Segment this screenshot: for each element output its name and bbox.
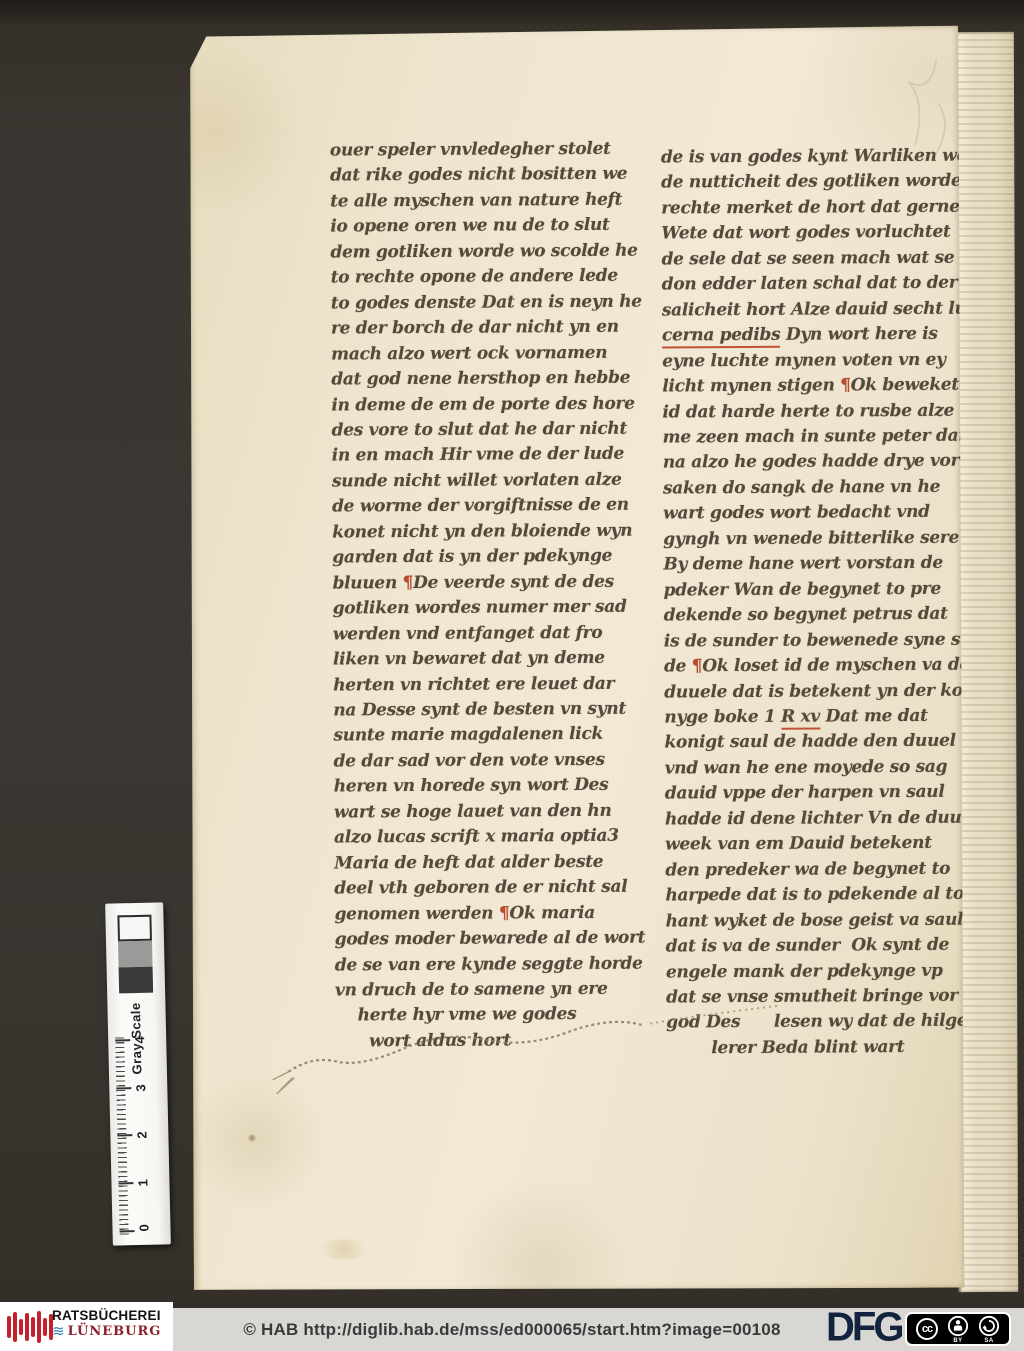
manuscript-line: in deme de em de porte des hore xyxy=(331,391,646,418)
manuscript-line: duuele dat is betekent yn der ko xyxy=(664,678,984,705)
manuscript-line: in en mach Hir vme de der lude xyxy=(332,442,647,469)
ruler-tick xyxy=(116,1087,131,1089)
ruler-number: 2 xyxy=(134,1128,148,1142)
cc-sa-icon: SA xyxy=(978,1315,1000,1344)
ruler-tick xyxy=(120,1230,135,1232)
ruler-tick xyxy=(117,1134,132,1136)
cc-icon: cc xyxy=(916,1318,938,1340)
manuscript-line: pdeker Wan de begynet to pre xyxy=(664,576,984,603)
manuscript-line: engele mank der pdekynge vp xyxy=(666,958,986,985)
manuscript-line: hadde id dene lichter Vn de duuel xyxy=(665,805,985,832)
manuscript-line: By deme hane wert vorstan de xyxy=(663,551,983,578)
library-bars-icon xyxy=(7,1310,53,1344)
manuscript-line: dat rike godes nicht bositten we xyxy=(330,162,645,189)
manuscript-line: to godes denste Dat en is neyn he xyxy=(331,289,646,316)
cc-license-badge: cc BY SA xyxy=(905,1312,1011,1346)
manuscript-line: week van em Dauid betekent xyxy=(665,831,985,858)
manuscript-line: harpede dat is to pdekende al to xyxy=(665,882,985,909)
manuscript-line: salicheit hort Alze dauid secht lu xyxy=(662,296,982,323)
manuscript-line: liken vn bewaret dat yn deme xyxy=(333,646,648,673)
manuscript-line: des vore to slut dat he dar nicht xyxy=(332,417,647,444)
manuscript-line: deel vth geboren de er nicht sal xyxy=(334,875,649,902)
manuscript-line: de is van godes kynt Warliken we xyxy=(661,144,981,171)
manuscript-line: id dat harde herte to rusbe alze xyxy=(662,398,982,425)
ruler-tick xyxy=(118,1182,133,1184)
library-name: RATSBÜCHEREI ≋ LÜNEBURG xyxy=(52,1308,161,1339)
manuscript-line: rechte merket de hort dat gerne xyxy=(661,194,981,221)
manuscript-line: wart se hoge lauet van den hn xyxy=(334,798,649,825)
manuscript-line: na alzo he godes hadde drye vor xyxy=(663,449,983,476)
library-logo: RATSBÜCHEREI ≋ LÜNEBURG xyxy=(0,1302,173,1351)
ruler-white-patch xyxy=(117,915,152,942)
manuscript-line: eyne luchte mynen voten vn ey xyxy=(662,347,982,374)
cc-sa-label: SA xyxy=(984,1338,993,1344)
manuscript-line: te alle myschen van nature heft xyxy=(330,187,645,214)
manuscript-line: herten vn richtet ere leuet dar xyxy=(333,671,648,698)
manuscript-line: Maria de heft dat alder beste xyxy=(334,849,649,876)
manuscript-line: herte hyr vme we godes xyxy=(335,1002,650,1029)
manuscript-line: licht mynen stigen ¶Ok beweket xyxy=(662,373,982,400)
manuscript-line: me zeen mach in sunte peter dar xyxy=(663,423,983,450)
manuscript-line: io opene oren we nu de to slut xyxy=(330,213,645,240)
manuscript-line: Wete dat wort godes vorluchtet xyxy=(661,220,981,247)
ruler-mm-ticks xyxy=(115,1037,129,1237)
manuscript-line: konet nicht yn den bloiende wyn xyxy=(332,518,647,545)
manuscript-line: god Des lesen wy dat de hilge xyxy=(666,1009,986,1036)
manuscript-line: cerna pedibs Dyn wort here is xyxy=(662,322,982,349)
manuscript-line: werden vnd entfanget dat fro xyxy=(333,620,648,647)
manuscript-page: ouer speler vnvledegher stoletdat rike g… xyxy=(186,26,966,1293)
footer-bar: © HAB http://diglib.hab.de/mss/ed000065/… xyxy=(0,1308,1024,1351)
ruler-number: 0 xyxy=(136,1221,150,1235)
ruler-number: 3 xyxy=(133,1081,147,1095)
manuscript-line: dauid vppe der harpen vn saul xyxy=(665,780,985,807)
manuscript-line: to rechte opone de andere lede xyxy=(331,264,646,291)
manuscript-line: garden dat is yn der pdekynge xyxy=(332,544,647,571)
manuscript-line: dat is va de sunder Ok synt de xyxy=(666,933,986,960)
manuscript-line: den predeker wa de begynet to xyxy=(665,856,985,883)
manuscript-line: dat god nene hersthop en hebbe xyxy=(331,366,646,393)
manuscript-line: godes moder bewarede al de wort xyxy=(335,926,650,953)
manuscript-line: sunde nicht willet vorlaten alze xyxy=(332,467,647,494)
cc-by-label: BY xyxy=(953,1338,962,1344)
book-waves-icon: ≋ xyxy=(52,1326,65,1338)
manuscript-line: lerer Beda blint wart xyxy=(666,1034,986,1061)
manuscript-right-column: de is van godes kynt Warliken wede nutti… xyxy=(661,144,987,1062)
digitized-manuscript-photo: ouer speler vnvledegher stoletdat rike g… xyxy=(0,0,1024,1351)
library-name-line2: LÜNEBURG xyxy=(68,1324,162,1339)
manuscript-line: de nutticheit des gotliken wordes xyxy=(661,169,981,196)
ruler-tick xyxy=(115,1039,130,1041)
manuscript-line: de ¶Ok loset id de myschen va de xyxy=(664,653,984,680)
manuscript-line: wart godes wort bedacht vnd xyxy=(663,500,983,527)
manuscript-line: de worme der vorgiftnisse de en xyxy=(332,493,647,520)
ruler-gray-patch xyxy=(118,941,153,968)
manuscript-line: re der borch de dar nicht yn en xyxy=(331,315,646,342)
manuscript-line: mach alzo wert ock vornamen xyxy=(331,340,646,367)
manuscript-line: vnd wan he ene moyede so sag xyxy=(665,754,985,781)
manuscript-line: hant wyket de bose geist va saul xyxy=(666,907,986,934)
manuscript-line: konigt saul de hadde den duuel xyxy=(664,729,984,756)
manuscript-line: dat se vnse smutheit bringe vor xyxy=(666,983,986,1010)
manuscript-line: wort aldus hort xyxy=(335,1027,650,1054)
ruler-number: 4 xyxy=(132,1033,146,1047)
manuscript-line: saken do sangk de hane vn he xyxy=(663,474,983,501)
manuscript-line: dem gotliken worde wo scolde he xyxy=(330,238,645,265)
parchment-stain xyxy=(314,1239,374,1259)
gray-scale-ruler: Gray Scale 4 3 2 1 0 xyxy=(105,902,171,1245)
manuscript-line: is de sunder to bewenede syne su xyxy=(664,627,984,654)
manuscript-left-column: ouer speler vnvledegher stoletdat rike g… xyxy=(330,137,651,1055)
parchment-stain xyxy=(247,1134,257,1142)
manuscript-line: na Desse synt de besten vn synt xyxy=(333,697,648,724)
library-name-line1: RATSBÜCHEREI xyxy=(52,1308,161,1323)
dfg-logo: DFG xyxy=(826,1305,901,1351)
manuscript-line: alzo lucas scrift x maria optia3 xyxy=(334,824,649,851)
manuscript-line: de se van ere kynde seggte horde xyxy=(335,951,650,978)
ruler-dark-patch xyxy=(119,967,154,994)
manuscript-line: heren vn horede syn wort Des xyxy=(334,773,649,800)
ruler-number: 1 xyxy=(135,1176,149,1190)
manuscript-line: gotliken wordes numer mer sad xyxy=(333,595,648,622)
book-fore-edge xyxy=(954,32,1018,1292)
manuscript-line: de sele dat se seen mach wat se xyxy=(661,245,981,272)
manuscript-line: nyge boke 1 R xv Dat me dat xyxy=(664,703,984,730)
manuscript-line: don edder laten schal dat to der xyxy=(662,271,982,298)
cc-by-icon: BY xyxy=(947,1315,969,1344)
manuscript-line: dekende so begynet petrus dat xyxy=(664,602,984,629)
manuscript-line: genomen werden ¶Ok maria xyxy=(334,900,649,927)
manuscript-line: sunte marie magdalenen lick xyxy=(333,722,648,749)
manuscript-line: gyngh vn wenede bitterlike sere xyxy=(663,525,983,552)
manuscript-line: de dar sad vor den vote vnses xyxy=(334,747,649,774)
manuscript-line: ouer speler vnvledegher stolet xyxy=(330,137,645,164)
manuscript-line: vn druch de to samene yn ere xyxy=(335,977,650,1004)
manuscript-line: bluuen ¶De veerde synt de des xyxy=(332,569,647,596)
